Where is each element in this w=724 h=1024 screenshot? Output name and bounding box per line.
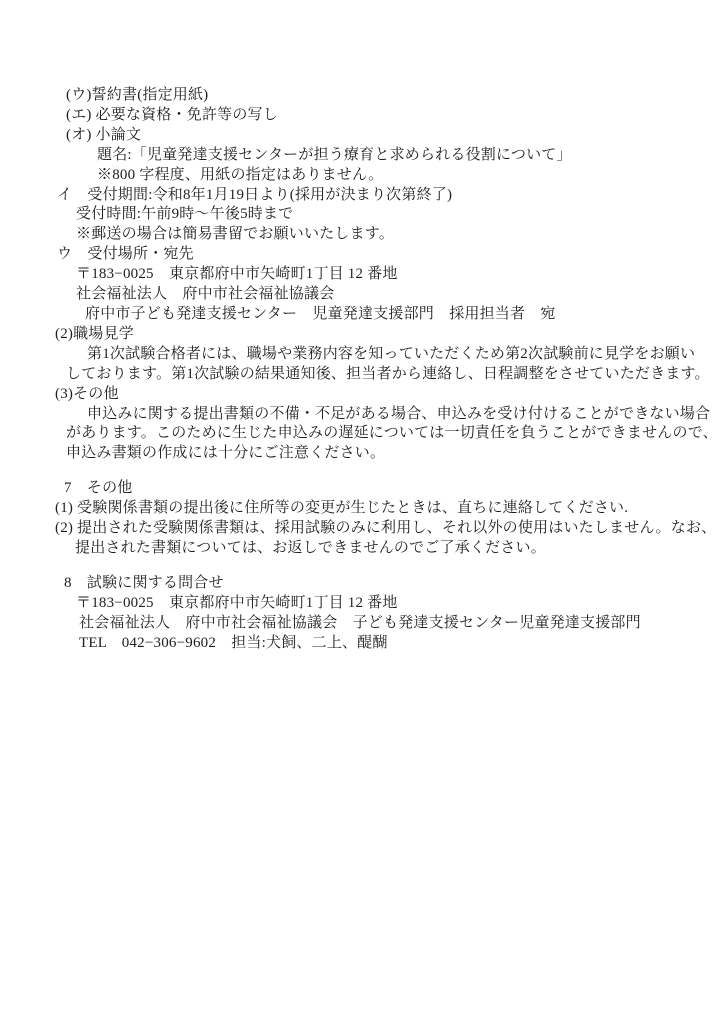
line-workplace-visit-header: (2)職場見学 xyxy=(0,325,724,345)
line-other-header: (3)その他 xyxy=(0,385,724,405)
line-pledge-form: (ウ)誓約書(指定用紙) xyxy=(0,86,724,106)
line-visit-paragraph-2: しております。第1次試験の結果通知後、担当者から連絡し、日程調整をさせていただき… xyxy=(0,365,724,385)
line-section8-address: 〒183−0025 東京都府中市矢崎町1丁目 12 番地 xyxy=(0,594,724,614)
line-reception-place: ウ 受付場所・宛先 xyxy=(0,245,724,265)
document-body: (ウ)誓約書(指定用紙) (エ) 必要な資格・免許等の写し (オ) 小論文 題名… xyxy=(0,86,724,653)
line-section8-organization: 社会福祉法人 府中市社会福祉協議会 子ども発達支援センター児童発達支援部門 xyxy=(0,614,724,634)
line-postal-address: 〒183−0025 東京都府中市矢崎町1丁目 12 番地 xyxy=(0,265,724,285)
line-essay-title: 題名:「児童発達支援センターが担う療育と求められる役割について」 xyxy=(0,146,724,166)
line-essay: (オ) 小論文 xyxy=(0,126,724,146)
line-section8-phone: TEL 042−306−9602 担当:犬飼、二上、醍醐 xyxy=(0,634,724,654)
line-mail-note: ※郵送の場合は簡易書留でお願いいたします。 xyxy=(0,225,724,245)
line-corporation-name: 社会福祉法人 府中市社会福祉協議会 xyxy=(0,285,724,305)
line-section7-item1: (1) 受験関係書類の提出後に住所等の変更が生じたときは、直ちに連絡してください… xyxy=(0,499,724,519)
section-gap xyxy=(0,559,724,574)
section-gap xyxy=(0,464,724,479)
line-section8-header: 8 試験に関する問合せ xyxy=(0,574,724,594)
line-other-paragraph-3: 申込み書類の作成には十分にご注意ください。 xyxy=(0,444,724,464)
line-section7-item2: (2) 提出された受験関係書類は、採用試験のみに利用し、それ以外の使用はいたしま… xyxy=(0,519,724,539)
line-addressee: 府中市子ども発達支援センター 児童発達支援部門 採用担当者 宛 xyxy=(0,305,724,325)
line-license-copy: (エ) 必要な資格・免許等の写し xyxy=(0,106,724,126)
line-section7-header: 7 その他 xyxy=(0,479,724,499)
line-section7-item2-cont: 提出された書類については、お返しできませんのでご了承ください。 xyxy=(0,539,724,559)
line-visit-paragraph-1: 第1次試験合格者には、職場や業務内容を知っていただくため第2次試験前に見学をお願… xyxy=(0,345,724,365)
line-reception-hours: 受付時間:午前9時〜午後5時まで xyxy=(0,205,724,225)
line-other-paragraph-2: があります。このために生じた申込みの遅延については一切責任を負うことができません… xyxy=(0,424,724,444)
line-essay-note: ※800 字程度、用紙の指定はありません。 xyxy=(0,166,724,186)
document-page: (ウ)誓約書(指定用紙) (エ) 必要な資格・免許等の写し (オ) 小論文 題名… xyxy=(0,0,724,1024)
line-reception-period: イ 受付期間:令和8年1月19日より(採用が決まり次第終了) xyxy=(0,186,724,206)
line-other-paragraph-1: 申込みに関する提出書類の不備・不足がある場合、申込みを受け付けることができない場… xyxy=(0,405,724,425)
